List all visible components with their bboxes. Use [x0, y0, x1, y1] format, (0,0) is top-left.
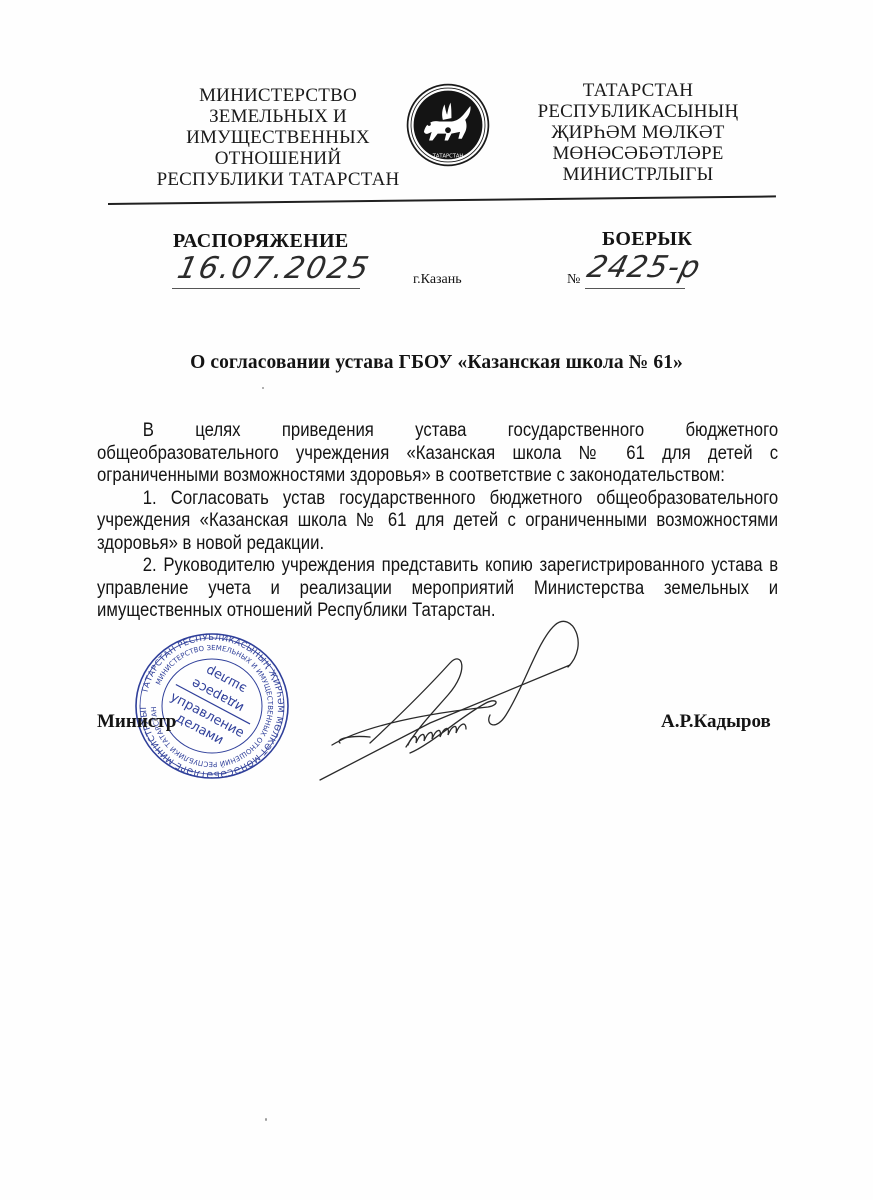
number-sign: № [567, 272, 580, 288]
document-title: О согласовании устава ГБОУ «Казанская шк… [0, 352, 873, 374]
scan-speck [262, 387, 264, 389]
ministry-name-ru-line: ИМУЩЕСТВЕННЫХ [118, 127, 438, 148]
ministry-name-tt: ТАТАРСТАН РЕСПУБЛИКАСЫНЫҢ ҖИРҺӘМ МӨЛКӘТ … [508, 80, 768, 185]
number-underline [585, 288, 685, 289]
ministry-name-ru-line: РЕСПУБЛИКИ ТАТАРСТАН [118, 169, 438, 190]
ministry-name-tt-line: МӨНӘСӘБӘТЛӘРЕ [508, 143, 768, 164]
body-paragraph-preamble: В целях приведения устава государственно… [97, 420, 778, 488]
ministry-name-tt-line: МИНИСТРЛЫГЫ [508, 164, 768, 185]
doc-type-tt: БОЕРЫК [602, 228, 692, 251]
ministry-name-ru-line: МИНИСТЕРСТВО [118, 85, 438, 106]
header-divider [108, 195, 776, 205]
body-paragraph-item-1: 1. Согласовать устав государственного бю… [97, 488, 778, 556]
date-underline [172, 288, 360, 289]
official-stamp-icon: ТАТАРСТАН РЕСПУБЛИКАСЫНЫҢ ҖИРҺӘМ МӨЛКӘТ … [130, 632, 295, 780]
doc-type-ru: РАСПОРЯЖЕНИЕ [173, 230, 349, 253]
city-label: г.Казань [413, 272, 462, 288]
tatarstan-emblem-icon: ТАТАРСТАН [405, 82, 491, 168]
ministry-name-ru-line: ОТНОШЕНИЙ [118, 148, 438, 169]
emblem-caption: ТАТАРСТАН [432, 154, 464, 160]
handwritten-signature-icon [310, 605, 600, 785]
document-body: В целях приведения устава государственно… [97, 420, 778, 623]
signatory-role: Министр [97, 711, 176, 733]
handwritten-date: 16.07.2025 [174, 251, 373, 286]
signatory-name: А.Р.Кадыров [661, 711, 771, 733]
ministry-name-tt-line: РЕСПУБЛИКАСЫНЫҢ [508, 101, 768, 122]
svg-text:МИНИСТЕРСТВО ЗЕМЕЛЬНЫХ И ИМУЩЕ: МИНИСТЕРСТВО ЗЕМЕЛЬНЫХ И ИМУЩЕСТВЕННЫХ О… [150, 644, 274, 769]
ministry-name-tt-line: ҖИРҺӘМ МӨЛКӘТ [508, 122, 768, 143]
ministry-name-ru: МИНИСТЕРСТВО ЗЕМЕЛЬНЫХ И ИМУЩЕСТВЕННЫХ О… [118, 85, 438, 190]
stamp-inner-text: МИНИСТЕРСТВО ЗЕМЕЛЬНЫХ И ИМУЩЕСТВЕННЫХ О… [150, 644, 274, 769]
ministry-name-tt-line: ТАТАРСТАН [508, 80, 768, 101]
handwritten-number: 2425-р [584, 250, 705, 285]
document-page: МИНИСТЕРСТВО ЗЕМЕЛЬНЫХ И ИМУЩЕСТВЕННЫХ О… [0, 0, 873, 1200]
scan-speck [265, 1118, 267, 1121]
ministry-name-ru-line: ЗЕМЕЛЬНЫХ И [118, 106, 438, 127]
